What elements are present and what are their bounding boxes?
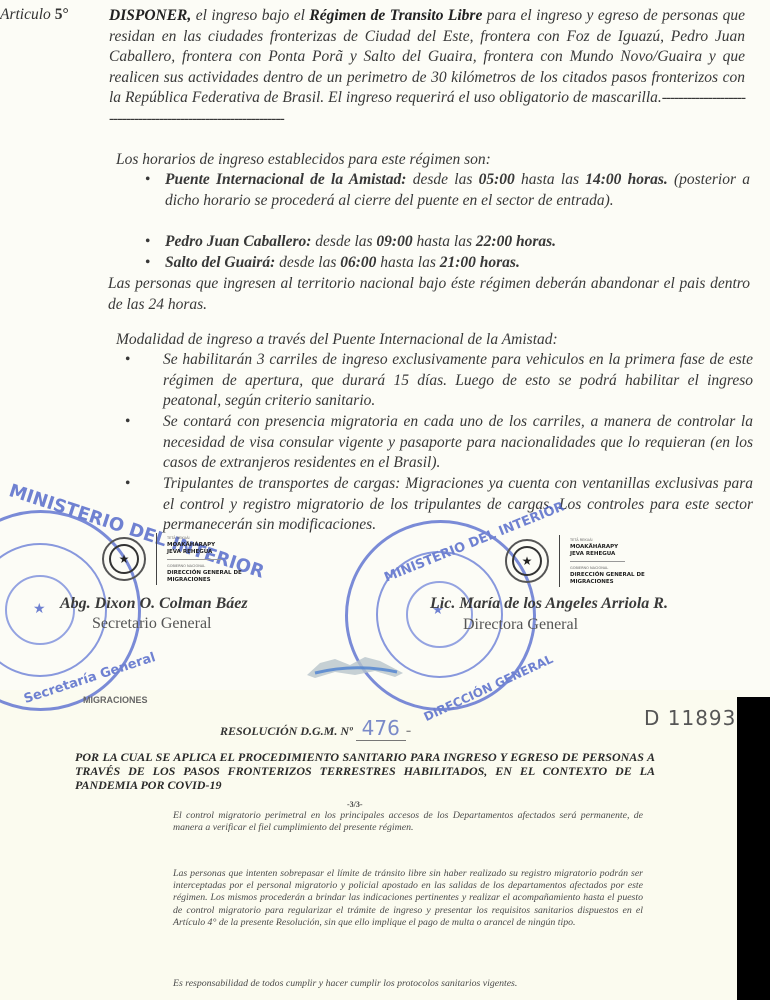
schedule-item: Puente Internacional de la Amistad: desd… [165, 170, 750, 211]
logo-small-text: GOBIERNO NACIONAL [570, 565, 645, 572]
resolution-number: 476 [356, 716, 406, 741]
schedule-intro: Los horarios de ingreso establecidos par… [116, 150, 746, 171]
body-paragraph: Las personas que intenten sobrepasar el … [173, 868, 643, 929]
article-regime-name: Régimen de Transito Libre [309, 7, 482, 24]
signatory-name: Lic. María de los Angeles Arriola R. [430, 595, 668, 613]
schedule-text: desde las [406, 171, 478, 188]
logo-line: DIRECCIÓN GENERAL DE [167, 570, 242, 577]
logo-line: JEVA REHEGUA [570, 551, 645, 558]
schedule-to: 21:00 horas. [440, 254, 520, 271]
article-label-text: Articulo [0, 6, 51, 23]
article-number: 5° [55, 6, 69, 23]
logo-divider [156, 533, 157, 585]
resolution-prefix: RESOLUCIÓN D.G.M. Nº [220, 724, 353, 738]
logo-small-text: GOBIERNO NACIONAL [167, 563, 242, 570]
schedule-from: 05:00 [479, 171, 515, 188]
schedule-from: 06:00 [340, 254, 376, 271]
national-seal-icon: ★ [102, 537, 146, 581]
logo-line: MOAKÃHÁRAPY [167, 542, 242, 549]
modality-intro: Modalidad de ingreso a través del Puente… [116, 330, 746, 351]
schedule-to: 22:00 horas. [476, 233, 556, 250]
bridge-emblem-icon [305, 645, 405, 680]
schedule-text: desde las [311, 233, 376, 250]
schedule-place: Salto del Guairá: [165, 254, 275, 271]
page-marker: -3/3- [347, 800, 363, 809]
stamp-star-icon: ★ [33, 601, 46, 617]
migraciones-logo: ★ TETÃ REKUÁI MOAKÃHÁRAPY JEVA REHEGUA G… [505, 535, 645, 587]
resolution-title: RESOLUCIÓN D.G.M. Nº 476- [220, 716, 411, 740]
article-text-1: el ingreso bajo el [191, 7, 309, 24]
article-label: Articulo 5° [0, 6, 69, 24]
article-lead: DISPONER, [109, 7, 191, 24]
schedule-item: Salto del Guairá: desde las 06:00 hasta … [165, 253, 750, 274]
signatory-name: Abg. Dixon O. Colman Báez [60, 595, 248, 613]
schedule-place: Pedro Juan Caballero: [165, 233, 311, 250]
logo-line: JEVA REHEGUA [167, 549, 242, 556]
resolution-subject: POR LA CUAL SE APLICA EL PROCEDIMIENTO S… [75, 750, 655, 792]
body-paragraph: El control migratorio perimetral en los … [173, 810, 643, 834]
schedule-item: Pedro Juan Caballero: desde las 09:00 ha… [165, 232, 750, 253]
header-label: MIGRACIONES [83, 695, 148, 705]
logo-small-text: TETÃ REKUÁI [570, 537, 645, 544]
redaction-bar [737, 697, 770, 1000]
migraciones-logo: ★ TETÃ REKUÁI MOAKÃHÁRAPY JEVA REHEGUA G… [102, 533, 242, 585]
exit-rule: Las personas que ingresen al territorio … [108, 274, 750, 315]
document-number: D 11893 [644, 706, 736, 730]
logo-line: MIGRACIONES [167, 577, 242, 584]
logo-line: MIGRACIONES [570, 579, 645, 586]
national-seal-icon: ★ [505, 539, 549, 583]
logo-line: DIRECCIÓN GENERAL DE [570, 572, 645, 579]
schedule-text: hasta las [413, 233, 476, 250]
signatory-title: Directora General [463, 616, 578, 634]
logo-line: MOAKÃHÁRAPY [570, 544, 645, 551]
schedule-to: 14:00 horas. [585, 171, 667, 188]
schedule-text: hasta las [376, 254, 439, 271]
article-paragraph: DISPONER, el ingreso bajo el Régimen de … [109, 6, 745, 129]
schedule-text: hasta las [515, 171, 585, 188]
schedule-place: Puente Internacional de la Amistad: [165, 171, 406, 188]
schedule-from: 09:00 [376, 233, 412, 250]
signatory-title: Secretario General [92, 615, 211, 633]
resolution-suffix: - [406, 722, 411, 739]
logo-small-text: TETÃ REKUÁI [167, 535, 242, 542]
body-paragraph: Es responsabilidad de todos cumplir y ha… [173, 978, 643, 990]
modality-item: Se contará con presencia migratoria en c… [163, 412, 753, 474]
schedule-text: desde las [275, 254, 340, 271]
logo-divider [559, 535, 560, 587]
modality-item: Se habilitarán 3 carriles de ingreso exc… [163, 350, 753, 412]
